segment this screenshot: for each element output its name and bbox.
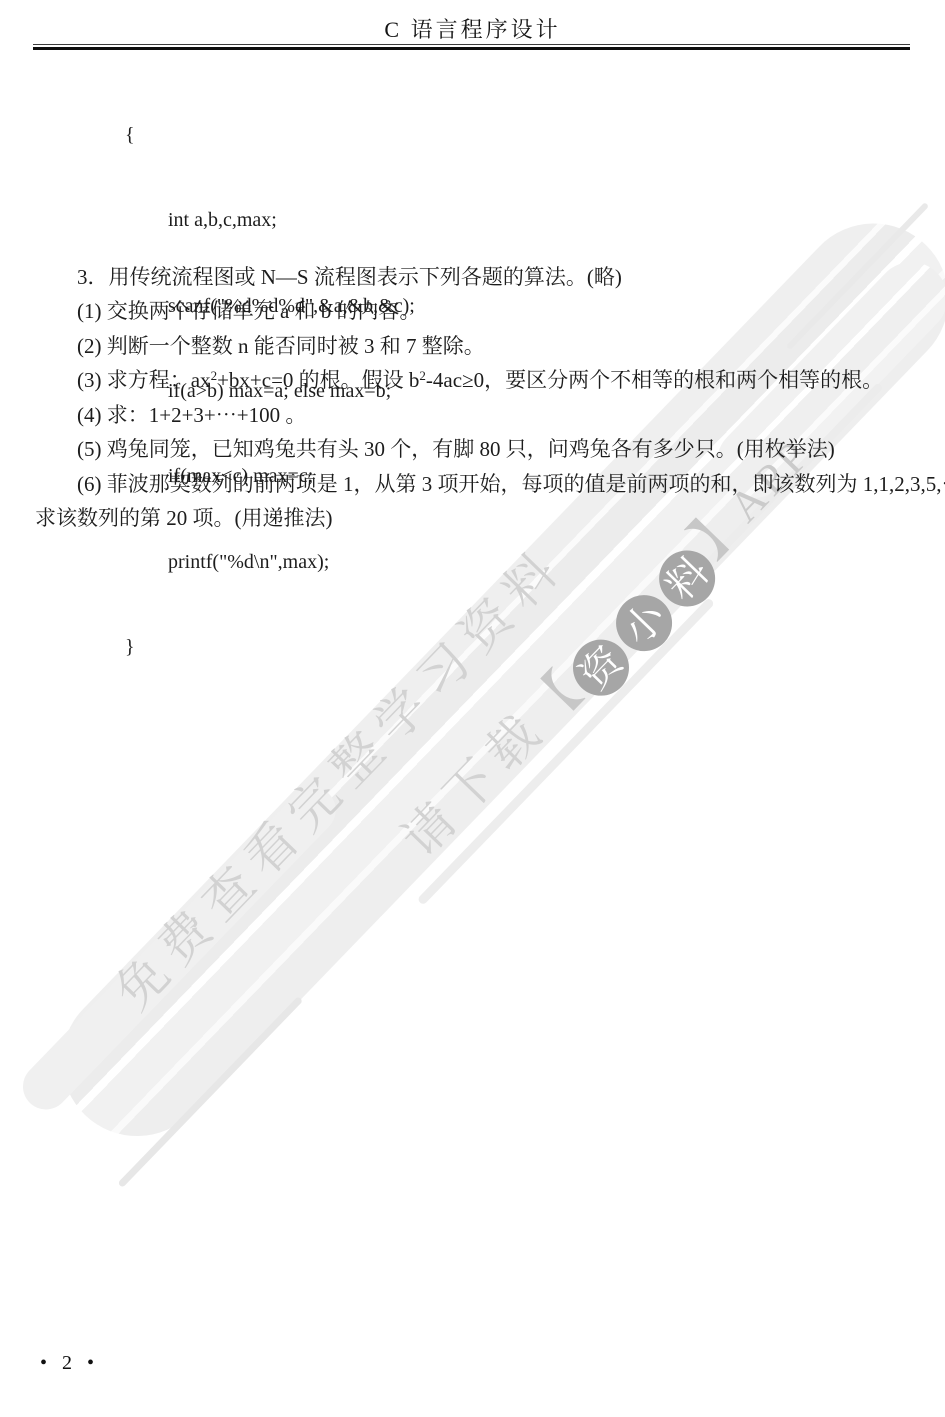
exercise-item-5: (5) 鸡兔同笼，已知鸡兔共有头 30 个，有脚 80 只，问鸡兔各有多少只。(…: [35, 432, 920, 466]
page-header-title: C 语言程序设计: [0, 13, 945, 44]
exercise-list: 3．用传统流程图或 N—S 流程图表示下列各题的算法。(略) (1) 交换两个存…: [35, 260, 920, 536]
page-number: • 2 •: [40, 1352, 99, 1375]
code-line: int a,b,c,max;: [125, 206, 415, 234]
header-rule-thin: [33, 44, 910, 45]
exercise-item-6-continuation: 求该数列的第 20 项。(用递推法): [35, 501, 920, 535]
exercise-item-3-part: (3) 求方程：ax: [77, 368, 211, 392]
header-rule-thick: [33, 47, 910, 50]
exercise-item-1: (1) 交换两个存储单元 a 和 b 的内容。: [35, 294, 920, 328]
exercise-item-2: (2) 判断一个整数 n 能否同时被 3 和 7 整除。: [35, 329, 920, 363]
exercise-item-4: (4) 求：1+2+3+⋯+100 。: [35, 398, 920, 432]
page-content: C 语言程序设计 { int a,b,c,max; scanf("%d%d%d"…: [0, 0, 945, 1417]
code-close-brace: }: [125, 633, 415, 661]
exercise-item-3-part: +bx+c=0 的根。假设 b: [217, 368, 419, 392]
exercise-heading: 3．用传统流程图或 N—S 流程图表示下列各题的算法。(略): [35, 260, 920, 294]
exercise-item-3-part: -4ac≥0，要区分两个不相等的根和两个相等的根。: [426, 368, 883, 392]
exercise-item-6: (6) 菲波那契数列的前两项是 1，从第 3 项开始，每项的值是前两项的和，即该…: [35, 467, 920, 501]
exercise-item-3: (3) 求方程：ax2+bx+c=0 的根。假设 b2-4ac≥0，要区分两个不…: [35, 363, 920, 397]
code-line: printf("%d\n",max);: [125, 548, 415, 576]
document-page: 免费查看完整学习资料 请下载【资小料】APP C 语言程序设计 { int a,…: [0, 0, 945, 1417]
code-open-brace: {: [125, 121, 415, 149]
